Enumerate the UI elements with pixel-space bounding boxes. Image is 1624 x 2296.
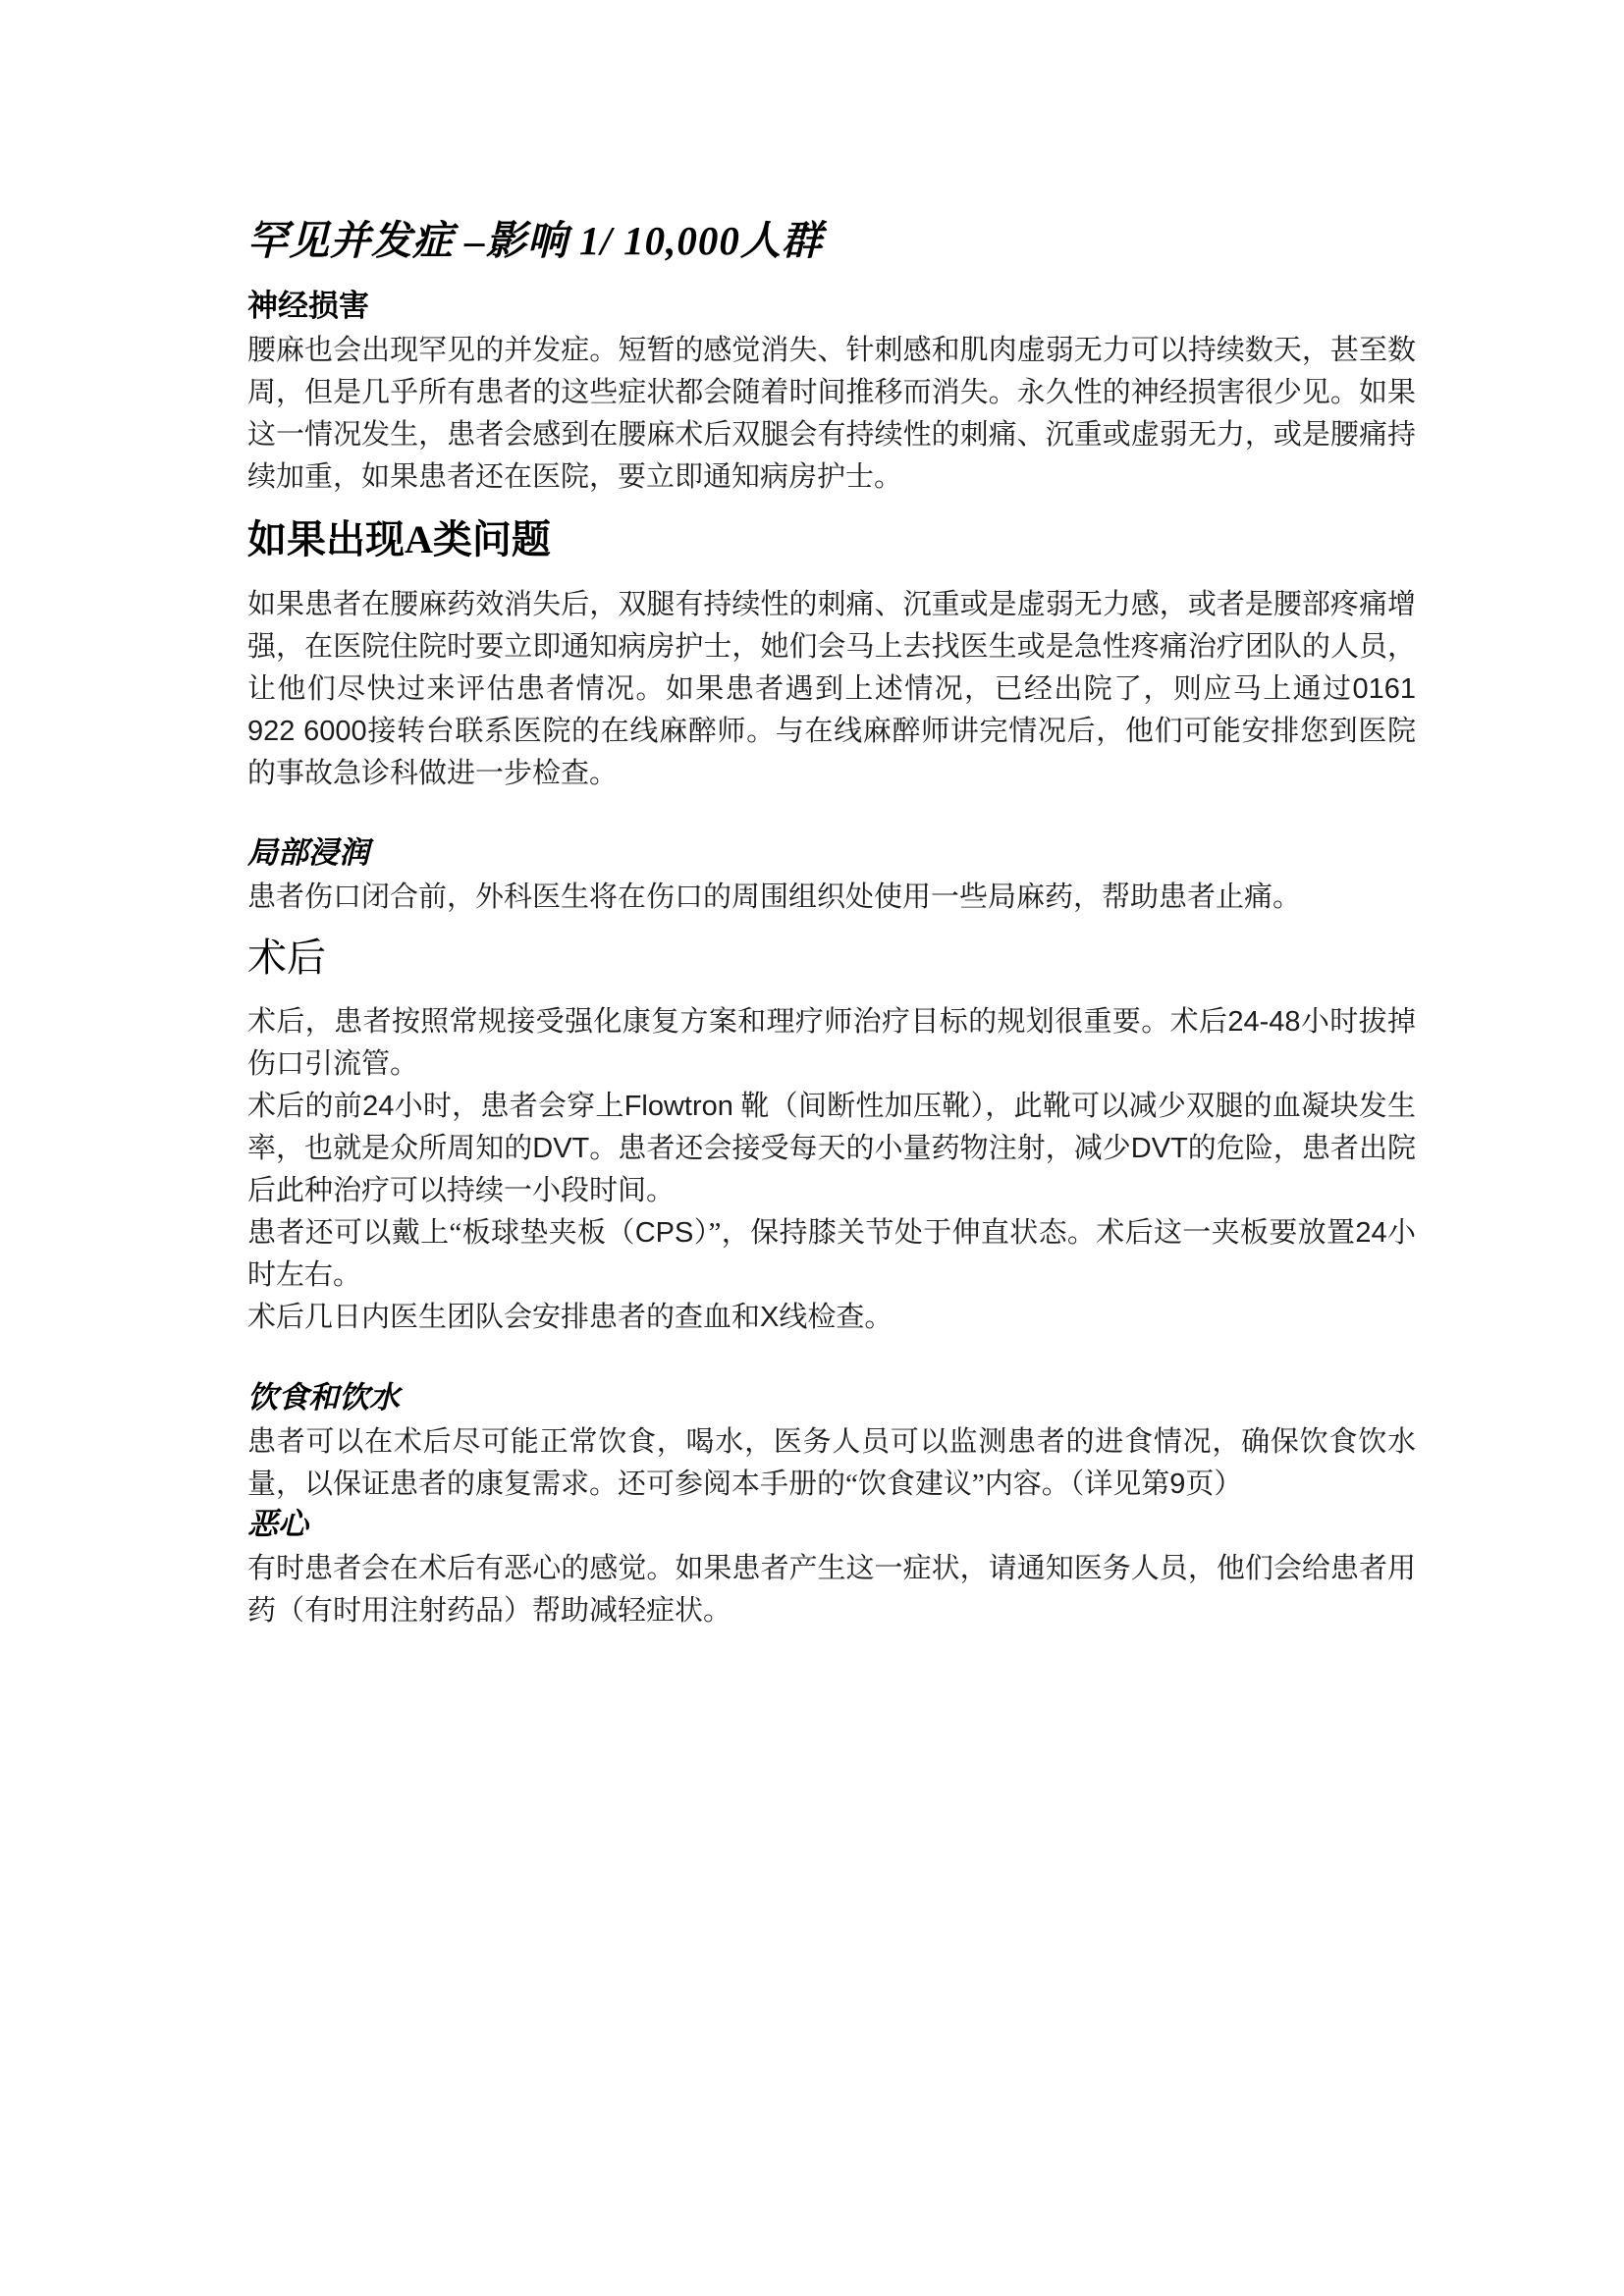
heading-postop: 术后 <box>247 934 1416 982</box>
paragraph-cricket-pad-splint: 患者还可以戴上“板球垫夹板（CPS）”，保持膝关节处于伸直状态。术后这一夹板要放… <box>247 1212 1416 1297</box>
text-run: DVT <box>532 1133 589 1164</box>
paragraph-local-infiltration: 患者伤口闭合前，外科医生将在伤口的周围组织处使用一些局麻药，帮助患者止痛。 <box>247 877 1416 919</box>
text-run: 术后，患者按照常规接受强化康复方案和理疗师治疗目标的规划很重要。术后 <box>247 1006 1227 1038</box>
paragraph-nerve-damage: 腰麻也会出现罕见的并发症。短暂的感觉消失、针刺感和肌肉虚弱无力可以持续数天，甚至… <box>247 330 1416 499</box>
heading-class-a-problem: 如果出现A类问题 <box>247 516 1416 563</box>
text-run: 24 <box>1355 1217 1386 1249</box>
text-run: Flowtron <box>624 1091 733 1122</box>
text-run: 页） <box>1185 1468 1242 1500</box>
text-run: 24-48 <box>1227 1006 1300 1038</box>
text-run: 患者还可以戴上“板球垫夹板（ <box>247 1217 635 1249</box>
text-run: 24 <box>362 1091 394 1122</box>
text-run: 术后几日内医生团队会安排患者的查血和 <box>247 1302 760 1333</box>
paragraph-postop-rehab: 术后，患者按照常规接受强化康复方案和理疗师治疗目标的规划很重要。术后24-48小… <box>247 1001 1416 1086</box>
text-run: DVT <box>1131 1133 1188 1164</box>
text-run: 小时，患者会穿上 <box>394 1091 623 1122</box>
text-run: 如果患者在腰麻药效消失后，双腿有持续性的刺痛、沉重或是虚弱无力感，或者是腰部疼痛… <box>247 589 1416 705</box>
heading-local-infiltration: 局部浸润 <box>247 834 1416 871</box>
text-run: X <box>760 1302 779 1333</box>
paragraph-blood-xray-checks: 术后几日内医生团队会安排患者的查血和X线检查。 <box>247 1297 1416 1339</box>
text-run: 9 <box>1169 1468 1185 1500</box>
text-run: ）”，保持膝关节处于伸直状态。术后这一夹板要放置 <box>693 1217 1355 1249</box>
heading-eating-drinking: 饮食和饮水 <box>247 1379 1416 1415</box>
paragraph-flowtron-dvt: 术后的前24小时，患者会穿上Flowtron 靴（间断性加压靴），此靴可以减少双… <box>247 1086 1416 1212</box>
text-run: 线检查。 <box>779 1302 893 1333</box>
paragraph-nausea: 有时患者会在术后有恶心的感觉。如果患者产生这一症状，请通知医务人员，他们会给患者… <box>247 1548 1416 1632</box>
document-page: 罕见并发症 –影响 1/ 10,000人群 神经损害 腰麻也会出现罕见的并发症。… <box>0 0 1624 2296</box>
text-run: 术后的前 <box>247 1091 362 1122</box>
paragraph-class-a-problem: 如果患者在腰麻药效消失后，双腿有持续性的刺痛、沉重或是虚弱无力感，或者是腰部疼痛… <box>247 584 1416 795</box>
text-run: CPS <box>635 1217 694 1249</box>
paragraph-eating-drinking: 患者可以在术后尽可能正常饮食，喝水，医务人员可以监测患者的进食情况，确保饮食饮水… <box>247 1421 1416 1506</box>
heading-nausea: 恶心 <box>247 1506 1416 1542</box>
text-run: 接转台联系医院的在线麻醉师。与在线麻醉师讲完情况后，他们可能安排您到医院的事故急… <box>247 716 1416 789</box>
doc-title: 罕见并发症 –影响 1/ 10,000人群 <box>247 218 1416 264</box>
text-run: 。患者还会接受每天的小量药物注射，减少 <box>589 1133 1131 1164</box>
heading-nerve-damage: 神经损害 <box>247 288 1416 324</box>
